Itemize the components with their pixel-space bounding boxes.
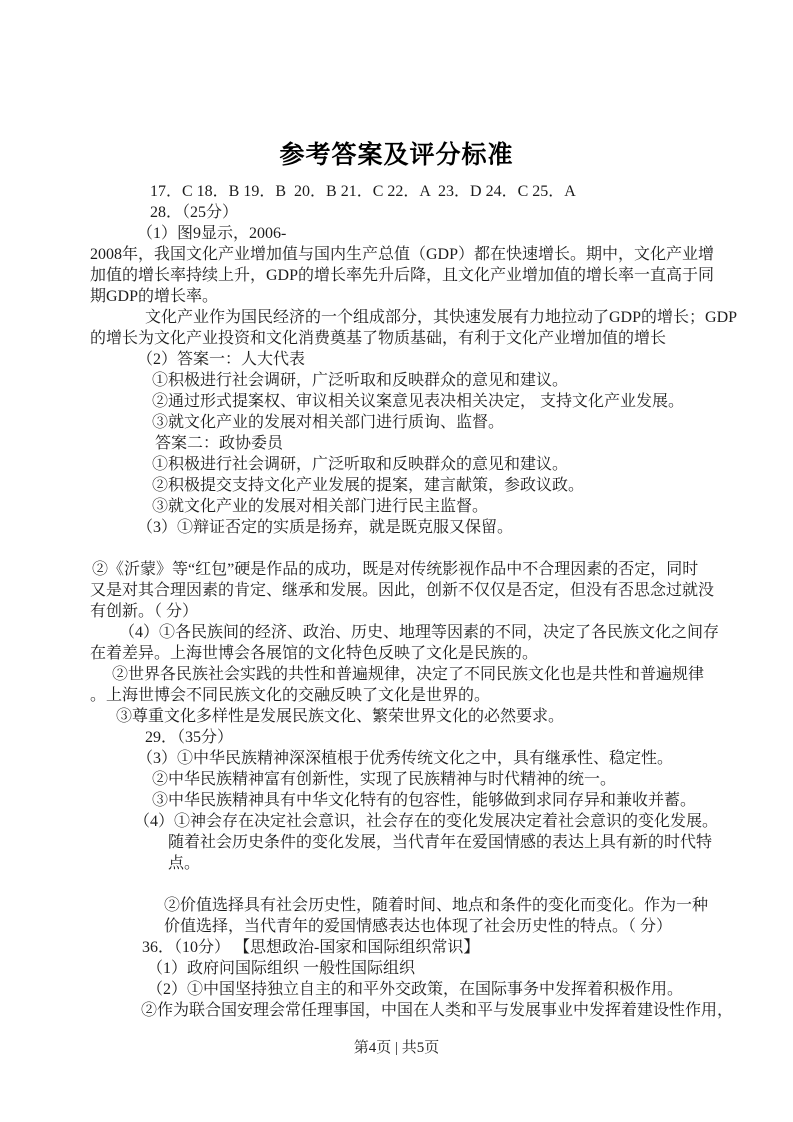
doc-line: （2）①中国坚持独立自主的和平外交政策，在国际事务中发挥着积极作用。 [90, 979, 730, 1000]
doc-line: 有创新。（ 分） [90, 601, 730, 622]
doc-line: 。上海世博会不同民族文化的交融反映了文化是世界的。 [90, 685, 730, 706]
doc-line: ③尊重文化多样性是发展民族文化、繁荣世界文化的必然要求。 [90, 706, 730, 727]
page-title: 参考答案及评分标准 [0, 141, 793, 169]
document-page: 参考答案及评分标准 17．C 18．B 19．B 20．B 21．C 22．A … [0, 0, 793, 1122]
doc-line: （4）①神会存在决定社会意识，社会存在的变化发展决定着社会意识的变化发展。 [90, 811, 730, 832]
doc-line: ②作为联合国安理会常任理事国，中国在人类和平与发展事业中发挥着建设性作用， [90, 1000, 730, 1021]
doc-line: 2008年，我国文化产业增加值与国内生产总值（GDP）都在快速增长。期中，文化产… [90, 244, 730, 265]
doc-line: ②中华民族精神富有创新性，实现了民族精神与时代精神的统一。 [90, 769, 730, 790]
doc-line: （1）图9显示，2006- [90, 223, 730, 244]
doc-line: （1）政府问国际组织 一般性国际组织 [90, 958, 730, 979]
doc-line: ①积极进行社会调研，广泛听取和反映群众的意见和建议。 [90, 454, 730, 475]
doc-line: （3）①中华民族精神深深植根于优秀传统文化之中，具有继承性、稳定性。 [90, 748, 730, 769]
doc-line: ②世界各民族社会实践的共性和普遍规律，决定了不同民族文化也是共性和普遍规律 [90, 664, 730, 685]
doc-line: ②积极提交支持文化产业发展的提案，建言献策，参政议政。 [90, 475, 730, 496]
doc-line: 29．（35分） [90, 727, 730, 748]
doc-line: ②价值选择具有社会历史性，随着时间、地点和条件的变化而变化。作为一种 [90, 895, 730, 916]
doc-line: 期GDP的增长率。 [90, 286, 730, 307]
doc-line: 36．（10分） 【思想政治-国家和国际组织常识】 [90, 937, 730, 958]
doc-line: 28．（25分） [90, 202, 730, 223]
doc-line: 答案二：政协委员 [90, 433, 730, 454]
doc-line: 随着社会历史条件的变化发展，当代青年在爱国情感的表达上具有新的时代特 [90, 832, 730, 853]
blank-line [90, 538, 730, 559]
doc-line: 的增长为文化产业投资和文化消费奠基了物质基础，有利于文化产业增加值的增长 [90, 328, 730, 349]
doc-line: 点。 [90, 853, 730, 874]
doc-line: ①积极进行社会调研，广泛听取和反映群众的意见和建议。 [90, 370, 730, 391]
blank-line [90, 874, 730, 895]
doc-line: ③中华民族精神具有中华文化特有的包容性，能够做到求同存异和兼收并蓄。 [90, 790, 730, 811]
answer-text-block: 17．C 18．B 19．B 20．B 21．C 22．A 23．D 24．C … [90, 181, 730, 1021]
doc-line: 价值选择，当代青年的爱国情感表达也体现了社会历史性的特点。（ 分） [90, 916, 730, 937]
doc-line: 在着差异。上海世博会各展馆的文化特色反映了文化是民族的。 [90, 643, 730, 664]
doc-line: （4）①各民族间的经济、政治、历史、地理等因素的不同，决定了各民族文化之间存 [90, 622, 730, 643]
doc-line: 又是对其合理因素的肯定、继承和发展。因此，创新不仅仅是否定，但没有否思念过就没 [90, 580, 730, 601]
doc-line: ③就文化产业的发展对相关部门进行质询、监督。 [90, 412, 730, 433]
doc-line: ③就文化产业的发展对相关部门进行民主监督。 [90, 496, 730, 517]
doc-line: ②《沂蒙》等“红包”硬是作品的成功，既是对传统影视作品中不合理因素的否定，同时 [90, 559, 730, 580]
page-footer: 第4页 | 共5页 [0, 1038, 793, 1058]
doc-line: （3）①辩证否定的实质是扬弃，就是既克服又保留。 [90, 517, 730, 538]
doc-line: ②通过形式提案权、审议相关议案意见表决相关决定， 支持文化产业发展。 [90, 391, 730, 412]
doc-line: （2）答案一：人大代表 [90, 349, 730, 370]
doc-line: 加值的增长率持续上升，GDP的增长率先升后降，且文化产业增加值的增长率一直高于同 [90, 265, 730, 286]
doc-line: 17．C 18．B 19．B 20．B 21．C 22．A 23．D 24．C … [90, 181, 730, 202]
doc-line: 文化产业作为国民经济的一个组成部分，其快速发展有力地拉动了GDP的增长；GDP [90, 307, 730, 328]
